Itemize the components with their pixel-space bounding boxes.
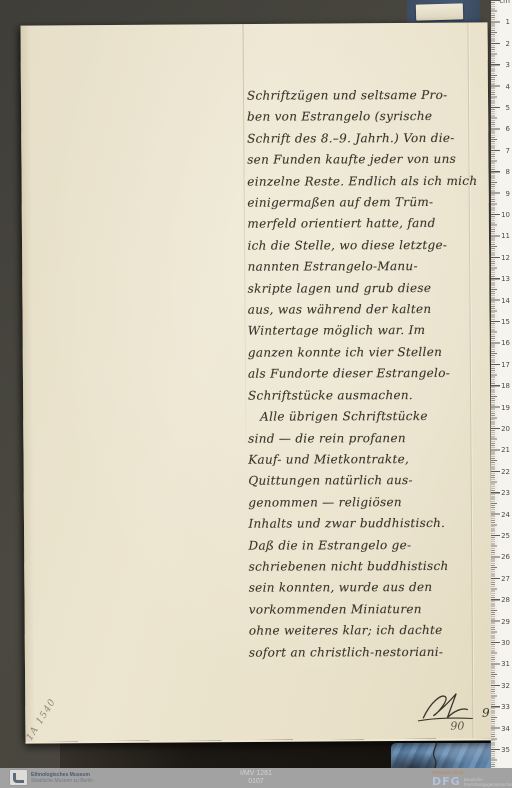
manuscript-line: nannten Estrangelo-Manu- xyxy=(248,256,488,278)
ruler-mark-label: 8 xyxy=(506,168,510,176)
fold-line xyxy=(243,24,247,444)
manuscript-line: vorkommenden Miniaturen xyxy=(249,599,489,621)
ruler-mark-label: 31 xyxy=(501,660,510,668)
manuscript-line: Quittungen natürlich aus- xyxy=(248,470,488,492)
ruler-mark-label: 7 xyxy=(506,147,510,155)
ruler-mark-label: 29 xyxy=(501,618,510,626)
ruler-mark-label: 35 xyxy=(501,746,510,754)
ruler-mark-label: 16 xyxy=(501,339,510,347)
manuscript-line: Inhalts und zwar buddhistisch. xyxy=(248,513,488,535)
ruler-mark-label: 6 xyxy=(506,125,510,133)
manuscript-line: als Fundorte dieser Estrangelo- xyxy=(248,363,488,385)
manuscript-line: Kauf- und Mietkontrakte, xyxy=(248,449,488,471)
ruler-mark-label: 27 xyxy=(501,575,510,583)
ruler-mark-label: 3 xyxy=(506,61,510,69)
blue-fabric xyxy=(391,743,499,768)
ruler-mark-label: 21 xyxy=(501,446,510,454)
manuscript-line: Schriftzügen und seltsame Pro- xyxy=(247,85,487,107)
signature-paraph-icon xyxy=(415,690,477,726)
manuscript-line: skripte lagen und grub diese xyxy=(248,277,488,299)
manuscript-line: Daß die in Estrangelo ge- xyxy=(249,534,489,556)
ruler-mark-label: 33 xyxy=(501,703,510,711)
ruler-mark-label: 9 xyxy=(506,190,510,198)
ruler-mark-label: 17 xyxy=(501,361,510,369)
manuscript-line: ohne weiteres klar; ich dachte xyxy=(249,620,489,642)
ruler: cm12345678910111213141516171819202122232… xyxy=(491,0,512,768)
manuscript-line: aus, was während der kalten xyxy=(248,299,488,321)
ruler-mark-label: cm xyxy=(499,0,510,5)
manuscript-line: sen Funden kaufte jeder von uns xyxy=(247,149,487,171)
ruler-mark-label: 5 xyxy=(506,104,510,112)
ruler-mark-label: 1 xyxy=(506,18,510,26)
manuscript-line: ich die Stelle, wo diese letztge- xyxy=(247,235,487,257)
ruler-mark-label: 25 xyxy=(501,532,510,540)
manuscript-line: Schrift des 8.–9. Jahrh.) Von die- xyxy=(247,128,487,150)
ruler-mark-label: 22 xyxy=(501,468,510,476)
margin-mark: 9 xyxy=(482,706,490,720)
ruler-mark-label: 26 xyxy=(501,553,510,561)
ruler-mark-label: 13 xyxy=(501,275,510,283)
ruler-mark-label: 11 xyxy=(501,232,510,240)
manuscript-line: schriebenen nicht buddhistisch xyxy=(249,556,489,578)
ruler-mark-label: 20 xyxy=(501,425,510,433)
manuscript-line: sein konnten, wurde aus den xyxy=(249,577,489,599)
manuscript-line: Schriftstücke ausmachen. xyxy=(248,384,488,406)
manuscript-line: ben von Estrangelo (syrische xyxy=(247,106,487,128)
ruler-mark-label: 28 xyxy=(501,596,510,604)
manuscript-line: merfeld orientiert hatte, fand xyxy=(247,213,487,235)
manuscript-line: ganzen konnte ich vier Stellen xyxy=(248,342,488,364)
ruler-mark-label: 23 xyxy=(501,489,510,497)
funder-name-line2: Forschungsgemeinschaft xyxy=(464,782,512,787)
manuscript-line: genommen — religiösen xyxy=(248,492,488,514)
corner-inventory-number: 1A 1540 xyxy=(24,697,58,743)
footer-bar: Ethnologisches Museum Staatliche Museen … xyxy=(0,768,512,788)
ruler-mark-label: 15 xyxy=(501,318,510,326)
ruler-mark-label: 2 xyxy=(506,40,510,48)
ruler-mark-label: 14 xyxy=(501,297,510,305)
manuscript-line: sind — die rein profanen xyxy=(248,427,488,449)
ruler-mark-label: 18 xyxy=(501,382,510,390)
thread-icon xyxy=(423,737,447,771)
manuscript-line: sofort an christlich-nestoriani- xyxy=(249,641,489,663)
scan-background: { "colors": { "background": "#47453e", "… xyxy=(0,0,512,788)
dfg-logo: DFG xyxy=(432,776,461,787)
paper-tab xyxy=(416,3,463,20)
manuscript-line: Wintertage möglich war. Im xyxy=(248,320,488,342)
ruler-mark-label: 12 xyxy=(501,254,510,262)
page-number: 90 xyxy=(450,720,464,733)
ruler-cm-ticks xyxy=(491,0,500,768)
ruler-mark-label: 30 xyxy=(501,639,510,647)
manuscript-page: Schriftzügen und seltsame Pro-ben von Es… xyxy=(21,22,493,741)
ruler-mark-label: 4 xyxy=(506,83,510,91)
ruler-mark-label: 19 xyxy=(501,404,510,412)
ruler-mark-label: 24 xyxy=(501,511,510,519)
manuscript-line: einigermaßen auf dem Trüm- xyxy=(247,192,487,214)
handwriting-block: Schriftzügen und seltsame Pro-ben von Es… xyxy=(247,85,489,664)
ruler-mark-label: 32 xyxy=(501,682,510,690)
manuscript-line: Alle übrigen Schriftstücke xyxy=(248,406,488,428)
dfg-logo-block: Gefördert durch DFG Deutsche Forschungsg… xyxy=(432,770,512,787)
manuscript-line: einzelne Reste. Endlich als ich mich xyxy=(247,170,487,192)
ruler-mark-label: 10 xyxy=(501,211,510,219)
ruler-mark-label: 34 xyxy=(501,725,510,733)
